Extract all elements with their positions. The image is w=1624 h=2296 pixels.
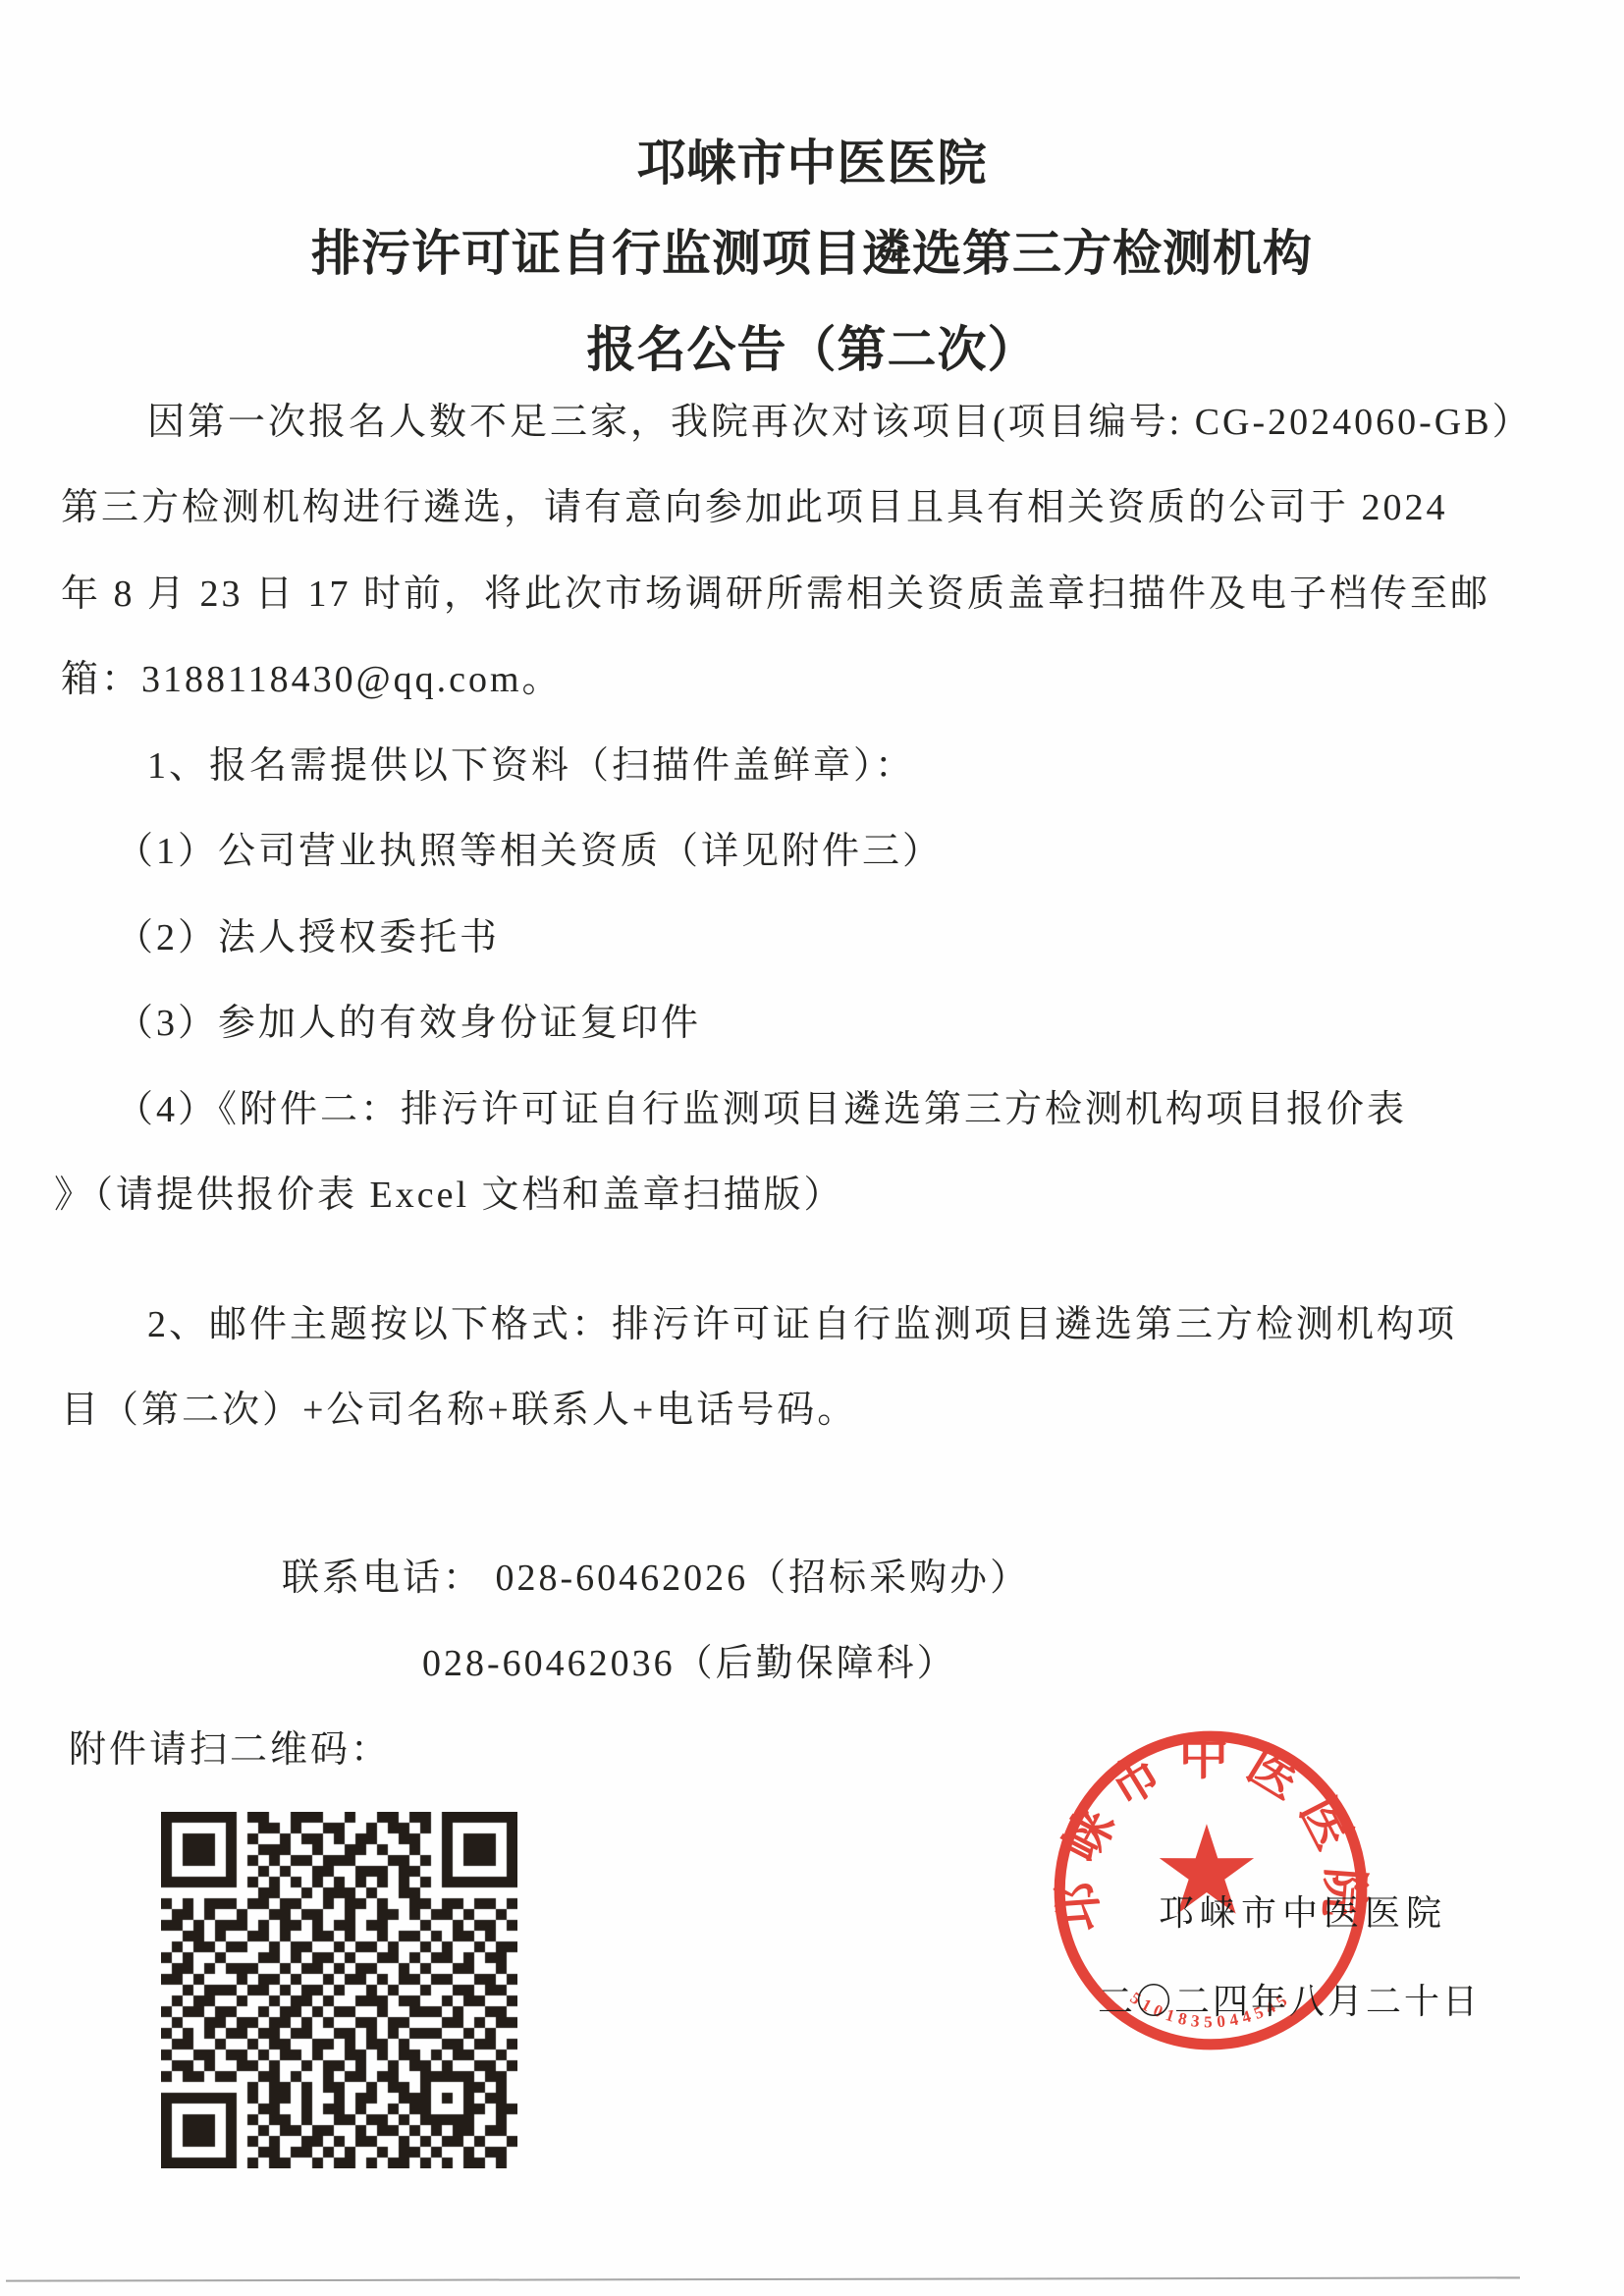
requirement-item-2: （2）法人授权委托书 bbox=[116, 919, 500, 957]
title-announcement: 报名公告（第二次） bbox=[27, 310, 1597, 381]
title-hospital-name: 邛崃市中医医院 bbox=[27, 124, 1597, 194]
signature-date: 二〇二四年八月二十日 bbox=[1098, 1984, 1481, 2019]
contact-phone-line-2: 028-60462036（后勤保障科） bbox=[422, 1645, 957, 1682]
requirement-item-1: （1）公司营业执照等相关资质（详见附件三） bbox=[116, 833, 943, 870]
qr-label: 附件请扫二维码： bbox=[69, 1731, 391, 1769]
requirement-item-4-line-2: 》（请提供报价表 Excel 文档和盖章扫描版） bbox=[54, 1176, 844, 1214]
requirement-item-3: （3）参加人的有效身份证复印件 bbox=[116, 1005, 701, 1042]
page-bottom-scan-line bbox=[6, 2276, 1520, 2281]
signature-org-name: 邛崃市中医医院 bbox=[1159, 1895, 1447, 1931]
document-page: 邛崃市中医医院 排污许可证自行监测项目遴选第三方检测机构 报名公告（第二次） 因… bbox=[0, 0, 1624, 2296]
title-project-name: 排污许可证自行监测项目遴选第三方检测机构 bbox=[27, 214, 1597, 285]
email-subject-line-1: 2、邮件主题按以下格式：排污许可证自行监测项目遴选第三方检测机构项 bbox=[147, 1306, 1457, 1343]
contact-phone-line-1: 联系电话： 028-60462026（招标采购办） bbox=[282, 1559, 1030, 1597]
paragraph-line-1: 因第一次报名人数不足三家，我院再次对该项目(项目编号: CG-2024060-G… bbox=[147, 404, 1533, 441]
paragraph-line-2: 第三方检测机构进行遴选，请有意向参加此项目且具有相关资质的公司于 2024 bbox=[61, 489, 1448, 526]
qr-code bbox=[161, 1812, 517, 2168]
requirements-heading: 1、报名需提供以下资料（扫描件盖鲜章）： bbox=[147, 747, 915, 785]
requirement-item-4-line-1: （4）《附件二：排污许可证自行监测项目遴选第三方检测机构项目报价表 bbox=[116, 1091, 1407, 1128]
paragraph-line-3: 年 8 月 23 日 17 时前，将此次市场调研所需相关资质盖章扫描件及电子档传… bbox=[61, 575, 1490, 613]
paragraph-line-4-email: 箱：3188118430@qq.com。 bbox=[61, 661, 563, 698]
email-subject-line-2: 目（第二次）+公司名称+联系人+电话号码。 bbox=[61, 1392, 857, 1429]
